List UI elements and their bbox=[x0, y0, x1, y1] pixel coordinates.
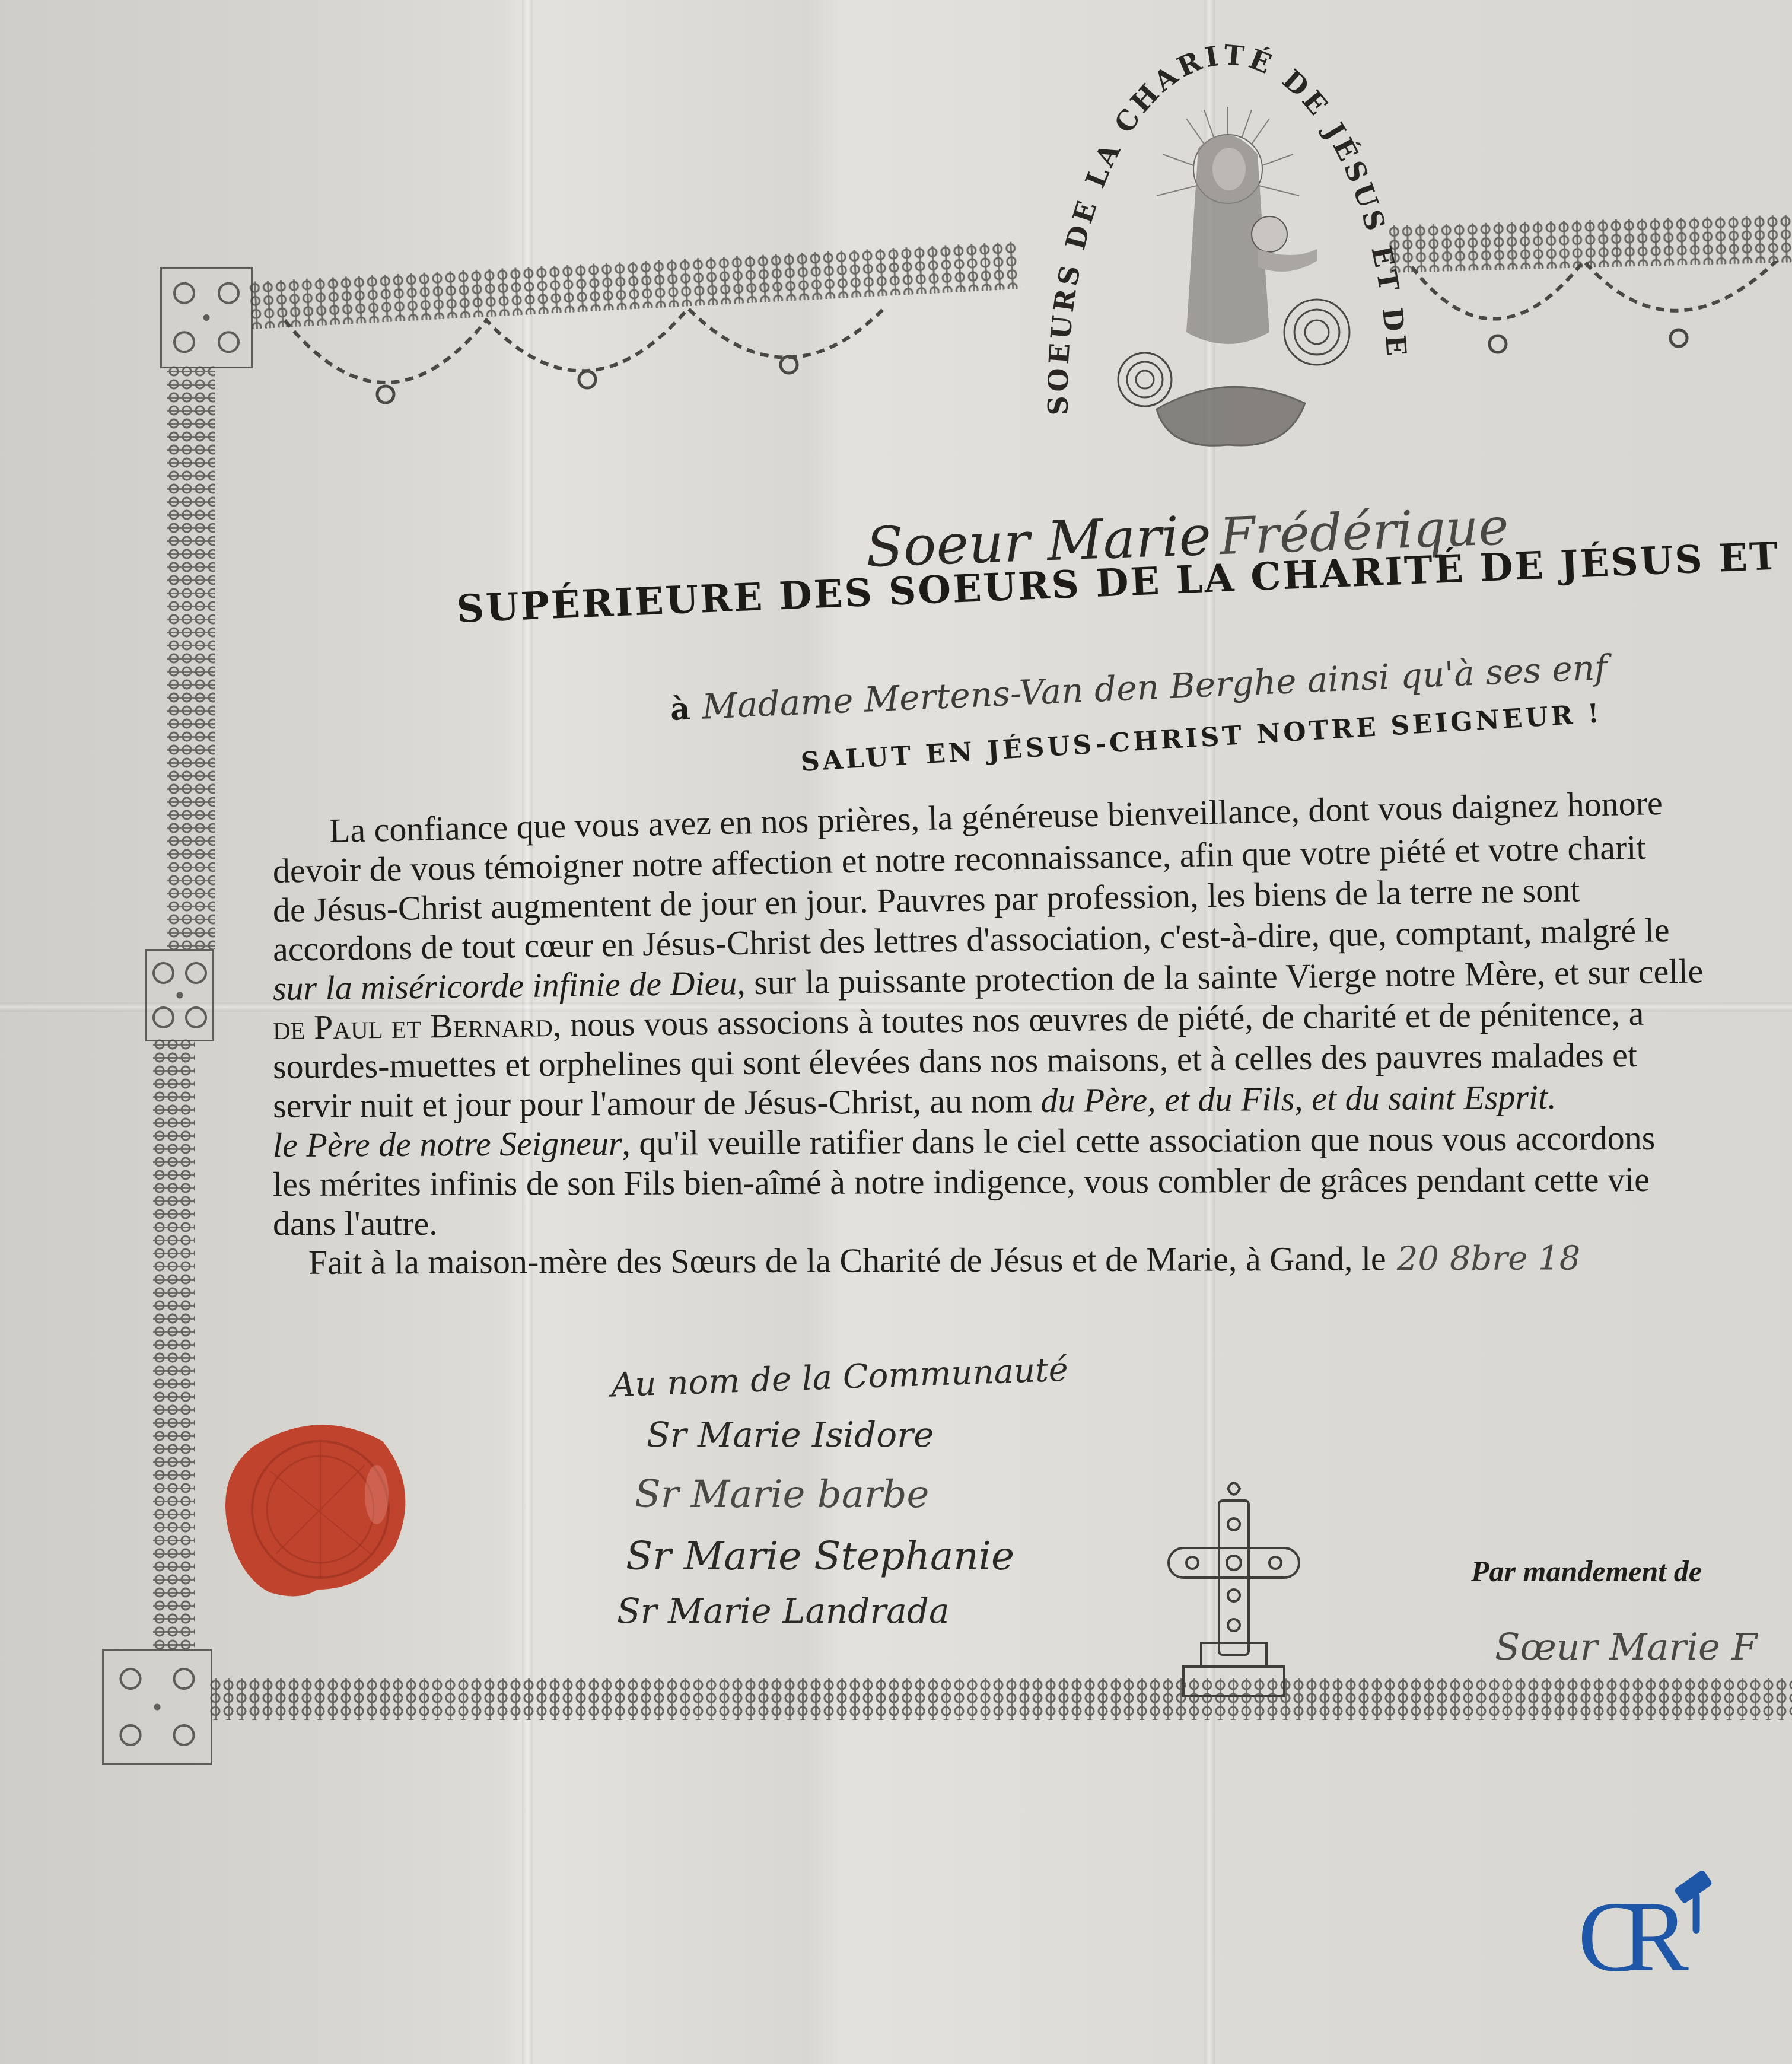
letter-body: La confiance que vous avez en nos prière… bbox=[273, 813, 1792, 1283]
community-signatures: Au nom de la Communauté Sr Marie Isidore… bbox=[605, 1358, 1068, 1631]
virgin-and-child-icon bbox=[1118, 107, 1349, 445]
handwritten-date: 20 8bre 18 bbox=[1397, 1239, 1581, 1278]
body-line: dans l'autre. bbox=[273, 1204, 1792, 1243]
border-corner-ornament bbox=[160, 267, 253, 368]
signature: Sr Marie Landrada bbox=[617, 1591, 1068, 1631]
garland-ornament bbox=[1412, 261, 1792, 380]
italic-phrase: sur la miséricorde infinie de Dieu bbox=[273, 963, 737, 1008]
logo-monogram: CR bbox=[1578, 1886, 1665, 1987]
signature: Sr Marie Stephanie bbox=[626, 1533, 1068, 1579]
signature: Sr Marie barbe bbox=[635, 1473, 1068, 1517]
cross-ornament bbox=[1157, 1477, 1311, 1702]
gavel-icon bbox=[1673, 1862, 1744, 1934]
body-line: le Père de notre Seigneur, qu'il veuille… bbox=[273, 1117, 1792, 1165]
signature: Sr Marie Isidore bbox=[647, 1415, 1068, 1455]
italic-phrase: le Père de notre Seigneur bbox=[273, 1124, 622, 1164]
auction-house-logo: CR bbox=[1578, 1862, 1756, 1987]
mandate-label: Par mandement de bbox=[1471, 1554, 1702, 1588]
superior-signature: Sœur Marie F bbox=[1495, 1625, 1757, 1668]
congregation-emblem: SOEURS DE LA CHARITÉ DE JÉSUS ET DE MARI… bbox=[1008, 0, 1435, 451]
wax-seal bbox=[217, 1412, 418, 1607]
bottom-border bbox=[209, 1678, 1792, 1720]
body-line: les mérites infinis de son Fils bien-aîm… bbox=[273, 1160, 1792, 1204]
left-border bbox=[167, 365, 215, 949]
left-border-lower bbox=[153, 1038, 195, 1649]
border-corner-ornament bbox=[102, 1649, 212, 1765]
saints-names: de Paul et Bernard bbox=[273, 1005, 553, 1047]
garland-ornament bbox=[285, 308, 997, 463]
signature-header: Au nom de la Communauté bbox=[610, 1350, 1069, 1405]
trinity-phrase: du Père, et du Fils, et du saint Esprit. bbox=[1040, 1078, 1557, 1120]
addressee-prefix: à bbox=[670, 691, 691, 728]
closing-line: Fait à la maison-mère des Sœurs de la Ch… bbox=[273, 1238, 1792, 1283]
border-side-ornament bbox=[145, 949, 214, 1041]
